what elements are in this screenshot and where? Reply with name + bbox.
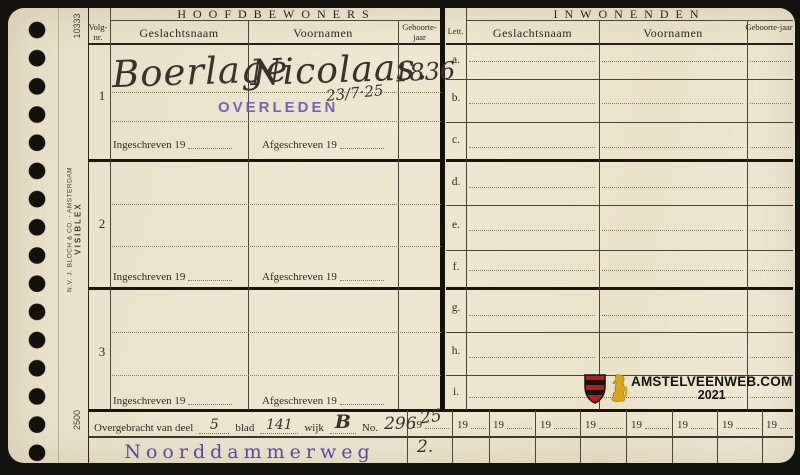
- deregistered-label: Afgeschreven 19: [262, 137, 384, 151]
- grid-line: [88, 159, 443, 162]
- year-cell: 19: [631, 415, 669, 431]
- dotted-leader: [340, 279, 384, 281]
- transfer-row: Overgebracht van deel 5 blad 141 wijk B …: [94, 413, 417, 434]
- year-cell: 19: [766, 415, 792, 431]
- grid-line: [762, 410, 763, 463]
- dotted-line: [602, 187, 743, 188]
- brand-name: VISIBLEX: [74, 179, 83, 279]
- dotted-line: [112, 332, 441, 333]
- row-letter: h.: [448, 345, 464, 357]
- grid-line: [88, 8, 89, 463]
- dotted-line: [602, 315, 743, 316]
- dotted-leader: [188, 279, 232, 281]
- dotted-line: [112, 375, 441, 376]
- binder-holes: [27, 21, 47, 463]
- grid-line: [446, 43, 793, 45]
- grid-line: [466, 8, 467, 410]
- grid-line: [446, 79, 793, 80]
- deregistered-label: Afgeschreven 19: [262, 393, 384, 407]
- registered-label: Ingeschreven 19: [113, 137, 232, 151]
- lion-icon: [609, 373, 628, 404]
- grid-line: [446, 205, 793, 206]
- dotted-line: [469, 187, 595, 188]
- watermark-year: 2021: [631, 389, 792, 402]
- serial-number-top: 10333: [72, 8, 82, 44]
- column-header-lett: Lett.: [445, 27, 466, 37]
- dotted-line: [602, 357, 743, 358]
- column-header-volgnr: Volg-nr.: [87, 23, 109, 43]
- grid-line: [717, 410, 718, 463]
- registered-label: Ingeschreven 19: [113, 269, 232, 283]
- dotted-line: [750, 103, 791, 104]
- dotted-line: [750, 230, 791, 231]
- transfer-value-wijk: B: [330, 411, 356, 434]
- row-letter: a.: [448, 54, 464, 66]
- street-name-stamp: Noorddammerweg: [92, 441, 407, 463]
- dotted-line: [469, 103, 595, 104]
- transfer-label-deel: Overgebracht van deel: [94, 422, 193, 434]
- deceased-stamp: OVERLEDEN: [218, 99, 338, 116]
- dotted-line: [469, 230, 595, 231]
- grid-line: [626, 410, 627, 463]
- coat-of-arms-shield-icon: [584, 374, 606, 404]
- dotted-line: [602, 270, 743, 271]
- year-cell: 19: [677, 415, 714, 431]
- dotted-line: [750, 147, 791, 148]
- grid-line: [88, 287, 443, 290]
- dotted-leader: [340, 403, 384, 405]
- transfer-label-no: No.: [362, 422, 378, 434]
- grid-line: [446, 250, 793, 251]
- dotted-line: [750, 187, 791, 188]
- dotted-line: [112, 204, 441, 205]
- birthyear-handwritten: 1836: [393, 56, 455, 87]
- dotted-line: [602, 230, 743, 231]
- entry-number: 2: [93, 216, 111, 232]
- grid-line: [446, 332, 793, 333]
- dotted-line: [602, 147, 743, 148]
- transfer-year-handwritten: 25: [419, 406, 443, 429]
- watermark-site: AMSTELVEENWEB.COM: [631, 375, 792, 389]
- grid-line: [446, 287, 793, 290]
- transfer-label-blad: blad: [235, 422, 254, 434]
- dotted-line: [469, 397, 595, 398]
- grid-line: [535, 410, 536, 463]
- dotted-line: [469, 357, 595, 358]
- year-cell: 19: [457, 415, 486, 431]
- dotted-line: [469, 147, 595, 148]
- grid-line: [672, 410, 673, 463]
- column-header-birthyear: Geboorte-jaar: [397, 23, 442, 43]
- dotted-line: [469, 315, 595, 316]
- entry-number: 3: [93, 344, 111, 360]
- row-letter: d.: [448, 176, 464, 188]
- transfer-label-wijk: wijk: [304, 422, 324, 434]
- serial-number-bottom: 2500: [72, 405, 82, 435]
- year-cell: 19: [493, 415, 532, 431]
- grid-line: [88, 436, 793, 438]
- row-letter: e.: [448, 219, 464, 231]
- column-header-surname: Geslachtsnaam: [110, 26, 248, 41]
- dotted-leader: [691, 427, 714, 429]
- dotted-line: [750, 61, 791, 62]
- dotted-leader: [471, 427, 486, 429]
- dotted-leader: [599, 427, 623, 429]
- grid-line: [489, 410, 490, 463]
- transfer-value-blad: 141: [260, 417, 298, 434]
- entry-number: 1: [93, 88, 111, 104]
- dotted-leader: [736, 427, 759, 429]
- house-number-handwritten: 2.: [417, 437, 433, 457]
- deregistered-label: Afgeschreven 19: [262, 269, 384, 283]
- year-cell: 19: [722, 415, 759, 431]
- grid-line: [88, 43, 443, 45]
- grid-line: [446, 122, 793, 123]
- row-letter: f.: [448, 261, 464, 273]
- dotted-line: [750, 315, 791, 316]
- printer-name: N.V. J. BLOCH & CO. - AMSTERDAM: [67, 150, 74, 310]
- column-header-surname-right: Geslachtsnaam: [466, 26, 599, 41]
- dotted-leader: [188, 147, 232, 149]
- right-section-title: INWONENDEN: [466, 7, 793, 22]
- column-header-firstnames-right: Voornamen: [599, 26, 747, 41]
- grid-line: [599, 20, 600, 410]
- dotted-leader: [645, 427, 669, 429]
- dotted-line: [112, 246, 441, 247]
- dotted-line: [469, 270, 595, 271]
- dotted-line: [112, 121, 441, 122]
- row-letter: i.: [448, 386, 464, 398]
- registered-label: Ingeschreven 19: [113, 393, 232, 407]
- dotted-leader: [340, 147, 384, 149]
- row-letter: b.: [448, 92, 464, 104]
- dotted-line: [750, 270, 791, 271]
- watermark: AMSTELVEENWEB.COM 2021: [584, 373, 792, 404]
- dotted-line: [602, 103, 743, 104]
- year-cell: 19: [540, 415, 577, 431]
- column-header-firstnames: Voornamen: [248, 26, 398, 41]
- grid-line: [446, 159, 793, 162]
- left-section-title: HOOFDBEWONERS: [110, 7, 443, 22]
- row-letter: c.: [448, 134, 464, 146]
- year-cell: 19: [585, 415, 623, 431]
- dotted-leader: [507, 427, 532, 429]
- dotted-line: [750, 357, 791, 358]
- grid-line: [580, 410, 581, 463]
- watermark-text: AMSTELVEENWEB.COM 2021: [631, 375, 792, 402]
- row-letter: g.: [448, 302, 464, 314]
- dotted-leader: [554, 427, 577, 429]
- dotted-line: [602, 61, 743, 62]
- grid-line: [747, 20, 748, 410]
- dotted-leader: [780, 427, 792, 429]
- scanned-register-card: 10333 VISIBLEX N.V. J. BLOCH & CO. - AMS…: [0, 0, 800, 475]
- margin-crease: [58, 8, 59, 463]
- dotted-line: [469, 61, 595, 62]
- column-header-birthyear-right: Geboorte-jaar: [745, 23, 793, 33]
- dotted-leader: [188, 403, 232, 405]
- grid-line: [452, 410, 453, 463]
- transfer-value-deel: 5: [199, 417, 229, 434]
